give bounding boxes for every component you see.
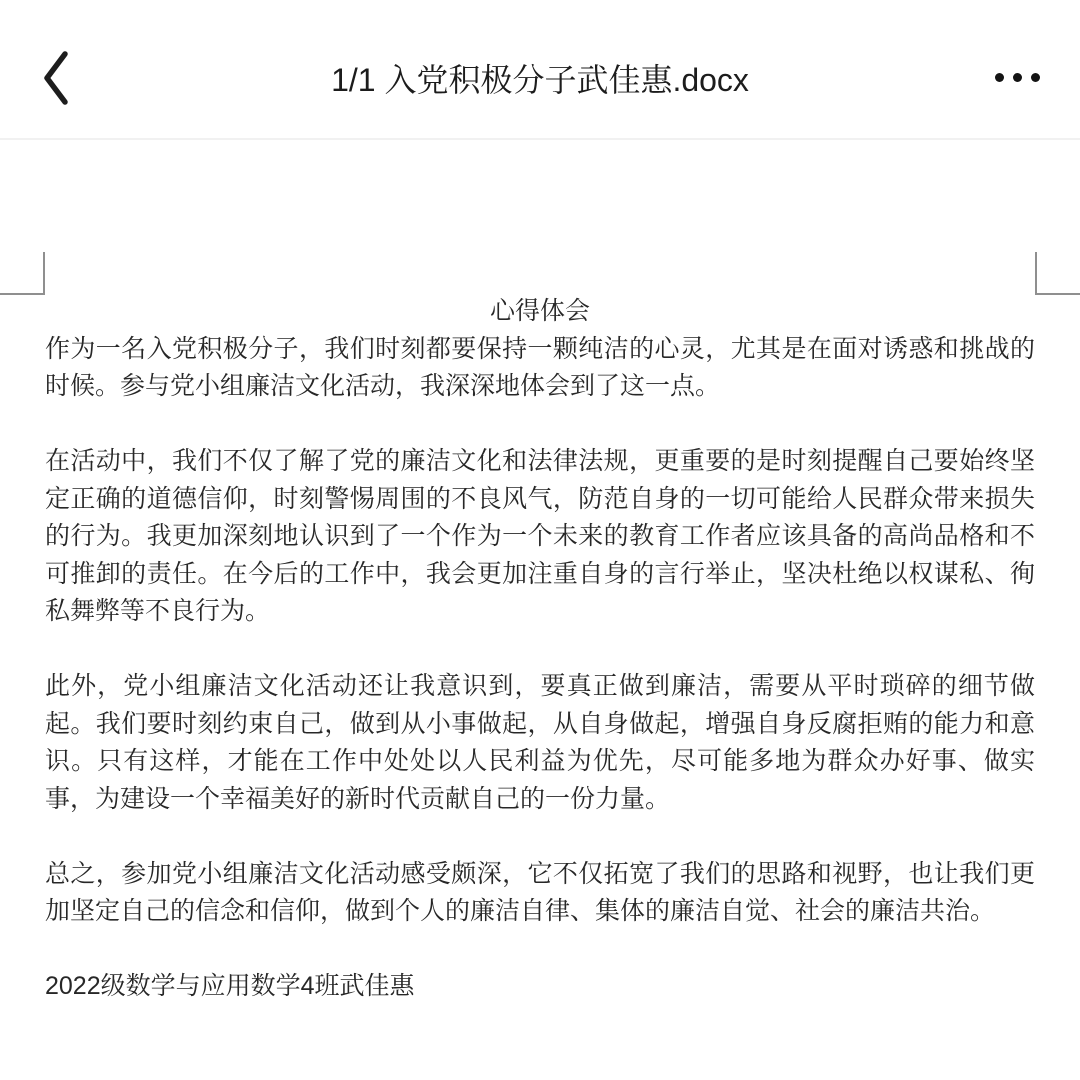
document-heading: 心得体会 (45, 293, 1035, 331)
text-line: 总之，参加党小组廉洁文化活动感受颇深，它不仅拓宽了我们的思路和视野，也让我们更 (45, 856, 1035, 894)
page-corner-mark-left (0, 252, 45, 295)
text-line: 作为一名入党积极分子，我们时刻都要保持一颗纯洁的心灵，尤其是在面对诱惑和挑战的 (45, 331, 1035, 369)
paragraph-1: 作为一名入党积极分子，我们时刻都要保持一颗纯洁的心灵，尤其是在面对诱惑和挑战的 … (45, 331, 1035, 406)
text-line: 此外，党小组廉洁文化活动还让我意识到，要真正做到廉洁，需要从平时琐碎的细节做 (45, 668, 1035, 706)
text-line: 加坚定自己的信念和信仰，做到个人的廉洁自律、集体的廉洁自觉、社会的廉洁共治。 (45, 893, 1035, 931)
signature-line: 2022级数学与应用数学4班武佳惠 (45, 968, 1035, 1006)
document-page[interactable]: 心得体会 作为一名入党积极分子，我们时刻都要保持一颗纯洁的心灵，尤其是在面对诱惑… (0, 140, 1080, 1006)
page-corner-mark-right (1035, 252, 1080, 295)
ellipsis-icon (995, 69, 1040, 87)
text-line: 私舞弊等不良行为。 (45, 593, 1035, 631)
text-line: 在活动中，我们不仅了解了党的廉洁文化和法律法规，更重要的是时刻提醒自己要始终坚 (45, 443, 1035, 481)
text-line: 定正确的道德信仰，时刻警惕周围的不良风气，防范自身的一切可能给人民群众带来损失 (45, 481, 1035, 519)
paragraph-3: 此外，党小组廉洁文化活动还让我意识到，要真正做到廉洁，需要从平时琐碎的细节做 起… (45, 668, 1035, 818)
document-title: 1/1 入党积极分子武佳惠.docx (110, 55, 970, 101)
text-line: 事，为建设一个幸福美好的新时代贡献自己的一份力量。 (45, 781, 1035, 819)
text-line: 时候。参与党小组廉洁文化活动，我深深地体会到了这一点。 (45, 368, 1035, 406)
more-options-button[interactable] (970, 43, 1040, 113)
document-viewer-screen: 1/1 入党积极分子武佳惠.docx 心得体会 作为一名入党积极分子，我们时刻都… (0, 0, 1080, 1006)
back-button[interactable] (40, 43, 110, 113)
paragraph-4: 总之，参加党小组廉洁文化活动感受颇深，它不仅拓宽了我们的思路和视野，也让我们更 … (45, 856, 1035, 931)
document-body: 心得体会 作为一名入党积极分子，我们时刻都要保持一颗纯洁的心灵，尤其是在面对诱惑… (45, 293, 1035, 1006)
paragraph-2: 在活动中，我们不仅了解了党的廉洁文化和法律法规，更重要的是时刻提醒自己要始终坚 … (45, 443, 1035, 631)
text-line: 的行为。我更加深刻地认识到了一个作为一个未来的教育工作者应该具备的高尚品格和不 (45, 518, 1035, 556)
header-bar: 1/1 入党积极分子武佳惠.docx (0, 0, 1080, 140)
text-line: 起。我们要时刻约束自己，做到从小事做起，从自身做起，增强自身反腐拒贿的能力和意 (45, 706, 1035, 744)
chevron-left-icon (40, 49, 70, 107)
text-line: 可推卸的责任。在今后的工作中，我会更加注重自身的言行举止，坚决杜绝以权谋私、徇 (45, 556, 1035, 594)
text-line: 识。只有这样，才能在工作中处处以人民利益为优先，尽可能多地为群众办好事、做实 (45, 743, 1035, 781)
